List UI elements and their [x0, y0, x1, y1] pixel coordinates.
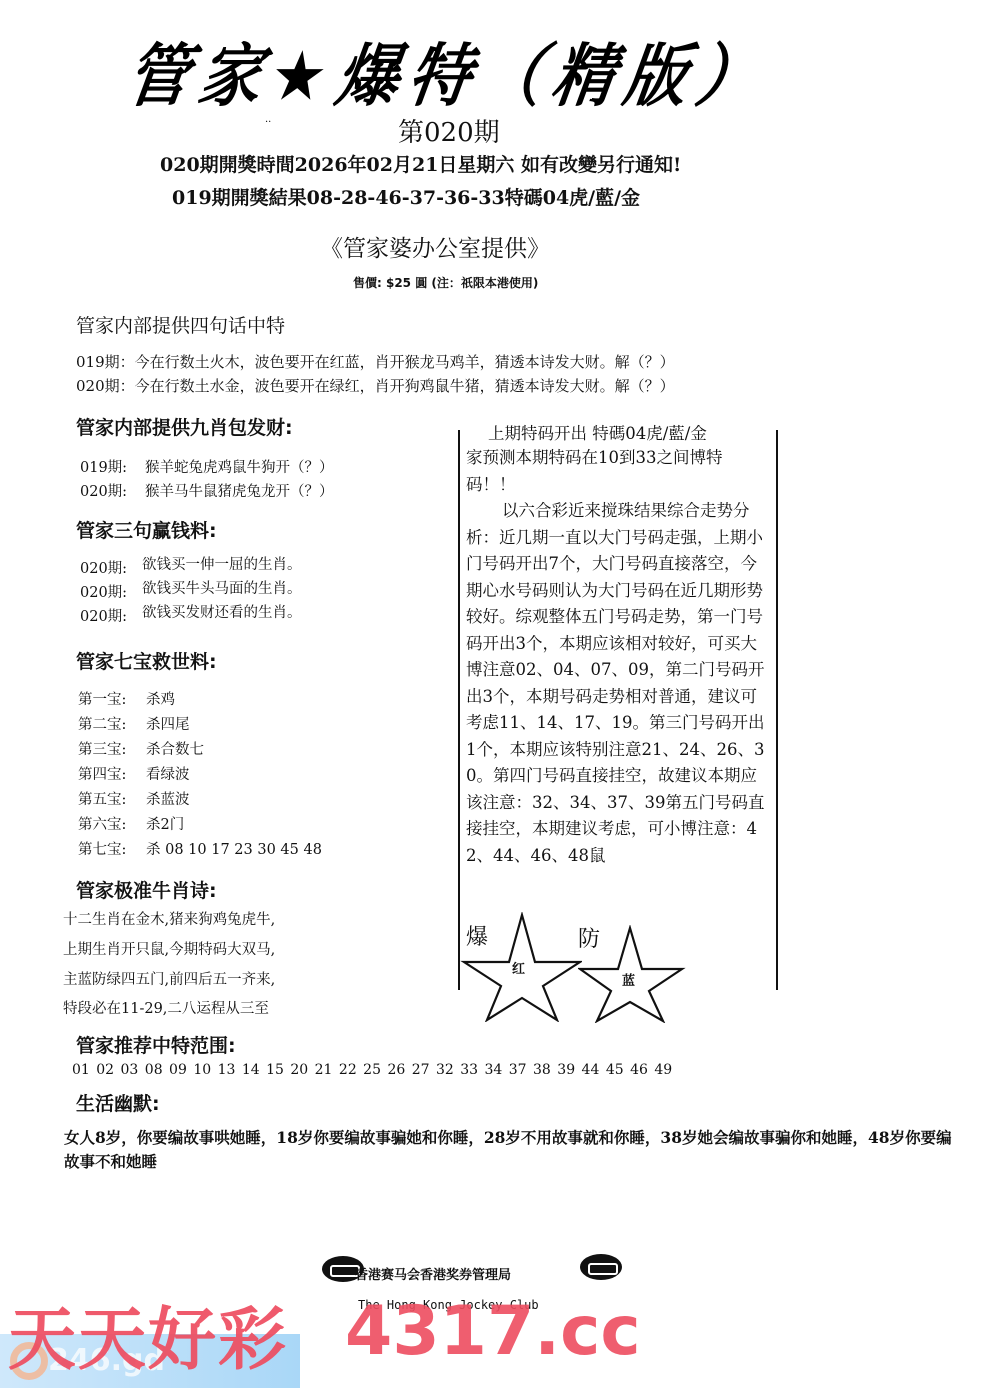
star-1-inner-text: 红 [512, 958, 525, 977]
nine-zodiac-period: 019期: [80, 456, 127, 477]
humor-title: 生活幽默: [76, 1089, 160, 1116]
poem-line: 特段必在11-29,二八运程从三至 [63, 997, 269, 1018]
three-lines-text: 欲钱买一伸一屈的生肖。 [142, 553, 302, 574]
four-lines-title: 管家内部提供四句话中特 [76, 311, 285, 338]
treasure-label: 第五宝: [78, 788, 126, 809]
dots-decoration: ·· [265, 117, 271, 128]
treasure-label: 第六宝: [78, 813, 126, 834]
watermark-left-text: 天天好彩 [8, 1286, 288, 1383]
nine-zodiac-period: 020期: [80, 480, 127, 501]
treasure-text: 杀蓝波 [146, 788, 190, 809]
jockey-club-logo-icon [580, 1254, 622, 1280]
three-lines-period: 020期: [80, 581, 127, 602]
watermark-right-text: 4317.cc [345, 1292, 641, 1371]
analysis-para-2-text: 以六合彩近来搅珠结果综合走势分析：近几期一直以大门号码走强，上期小门号码开出7个… [466, 501, 764, 865]
poem-title: 管家极准牛肖诗: [76, 876, 217, 903]
treasure-text: 杀四尾 [146, 713, 190, 734]
treasure-text: 看绿波 [146, 763, 190, 784]
provider-line: 《管家婆办公室提供》 [320, 230, 550, 263]
poem-line: 主蓝防绿四五门,前四后五一齐来, [63, 968, 275, 989]
four-lines-item: 019期：今在行数土火木，波色要开在红蓝，肖开猴龙马鸡羊，猜透本诗发大财。解（？… [76, 351, 675, 372]
treasure-text: 杀鸡 [146, 688, 175, 709]
analysis-box-head: 上期特码开出 特碼04虎/藍/金 [488, 420, 707, 444]
treasure-label: 第三宝: [78, 738, 126, 759]
nine-zodiac-title: 管家内部提供九肖包发财: [76, 413, 293, 440]
four-lines-item: 020期：今在行数土水金，波色要开在绿红，肖开狗鸡鼠牛猪，猜透本诗发大财。解（？… [76, 375, 675, 396]
treasure-label: 第七宝: [78, 838, 126, 859]
star-2-inner-text: 蓝 [622, 970, 635, 989]
treasure-text: 杀2门 [146, 813, 184, 834]
price-line: 售價: $25 圓 (注：祇限本港使用) [353, 274, 538, 291]
three-lines-text: 欲钱买牛头马面的生肖。 [142, 577, 302, 598]
treasure-text: 杀合数七 [146, 738, 204, 759]
three-lines-text: 欲钱买发财还看的生肖。 [142, 601, 302, 622]
poem-line: 十二生肖在金木,猪来狗鸡兔虎牛, [63, 908, 275, 929]
nine-zodiac-text: 猴羊马牛鼠猪虎兔龙开（？） [145, 480, 334, 501]
three-lines-period: 020期: [80, 605, 127, 626]
treasure-label: 第一宝: [78, 688, 126, 709]
previous-result: 019期開獎結果08-28-46-37-36-33特碼04虎/藍/金 [172, 183, 640, 210]
three-lines-period: 020期: [80, 557, 127, 578]
draw-time-notice: 020期開獎時間2026年02月21日星期六 如有改變另行通知! [160, 150, 681, 177]
nine-zodiac-text: 猴羊蛇兔虎鸡鼠牛狗开（？） [145, 456, 334, 477]
jockey-club-cn: 香港赛马会香港奖券管理局 [355, 1264, 511, 1283]
analysis-para-1: 家预测本期特码在10到33之间博特码！！ [466, 445, 771, 498]
seven-treasures-title: 管家七宝救世料: [76, 647, 217, 674]
treasure-label: 第二宝: [78, 713, 126, 734]
analysis-para-2: 以六合彩近来搅珠结果综合走势分析：近几期一直以大门号码走强，上期小门号码开出7个… [466, 498, 771, 869]
issue-number: 第020期 [398, 112, 500, 149]
treasure-text: 杀 08 10 17 23 30 45 48 [146, 838, 322, 859]
poem-line: 上期生肖开只鼠,今期特码大双马, [63, 938, 275, 959]
humor-text: 女人8岁，你要编故事哄她睡，18岁你要编故事骗她和你睡，28岁不用故事就和你睡，… [64, 1126, 954, 1174]
range-numbers: 01 02 03 08 09 10 13 14 15 20 21 22 25 2… [72, 1062, 672, 1078]
three-lines-title: 管家三句赢钱料: [76, 516, 217, 543]
treasure-label: 第四宝: [78, 763, 126, 784]
masthead-title: 管家★爆特（精版） [121, 22, 776, 120]
analysis-box-body: 家预测本期特码在10到33之间博特码！！ 以六合彩近来搅珠结果综合走势分析：近几… [466, 445, 771, 869]
range-title: 管家推荐中特范围: [76, 1031, 236, 1058]
